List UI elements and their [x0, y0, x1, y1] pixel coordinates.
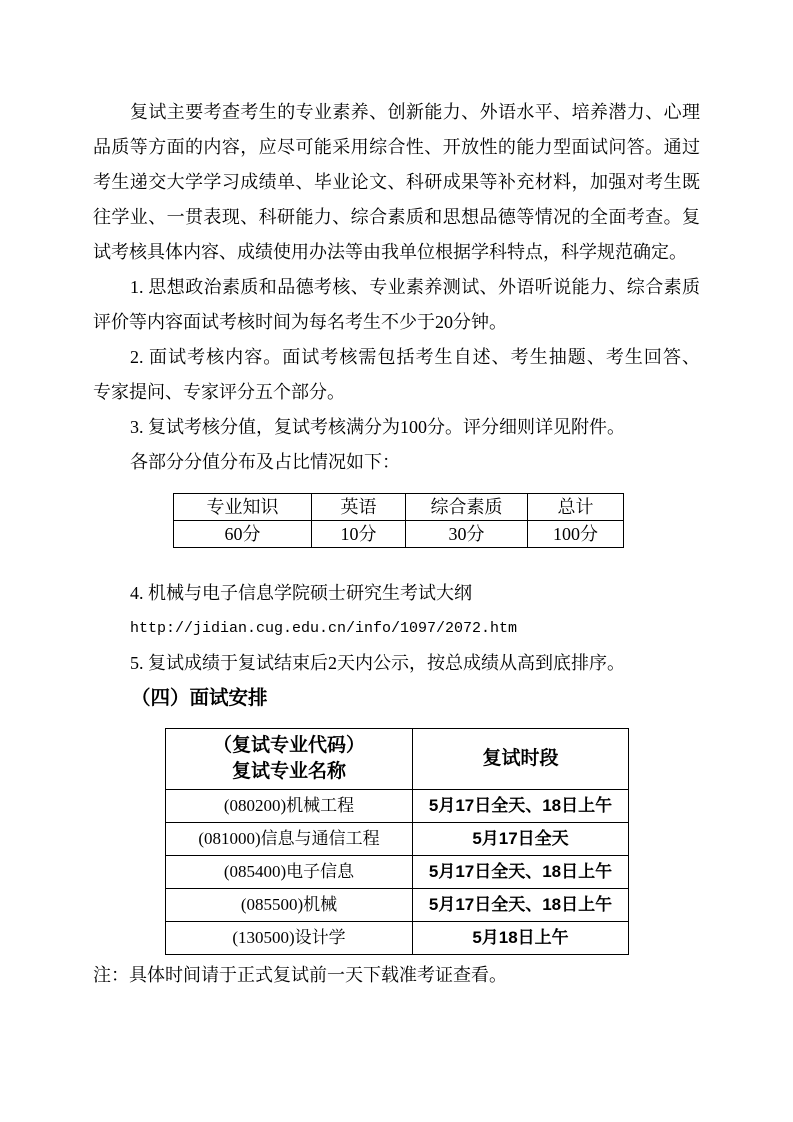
document-page: 复试主要考查考生的专业素养、创新能力、外语水平、培养潜力、心理 品质等方面的内容… — [0, 0, 793, 1122]
major-cell: (085400)电子信息 — [166, 856, 413, 889]
text-line: 专家提问、专家评分五个部分。 — [93, 375, 700, 410]
item-1: 1. 思想政治素质和品德考核、专业素养测试、外语听说能力、综合素质 评价等内容面… — [93, 270, 700, 340]
text-line: 2. 面试考核内容。面试考核需包括考生自述、考生抽题、考生回答、 — [93, 340, 700, 375]
time-header-cell: 复试时段 — [413, 729, 629, 790]
major-cell: (130500)设计学 — [166, 922, 413, 955]
text-line: 1. 思想政治素质和品德考核、专业素养测试、外语听说能力、综合素质 — [93, 270, 700, 305]
score-value-cell: 30分 — [406, 521, 528, 548]
score-distribution-table: 专业知识 英语 综合素质 总计 60分 10分 30分 100分 — [173, 493, 624, 548]
text-line: 考生递交大学学习成绩单、毕业论文、科研成果等补充材料，加强对考生既 — [93, 165, 700, 200]
interview-table-header-row: （复试专业代码） 复试专业名称 复试时段 — [166, 729, 629, 790]
table-row: (080200)机械工程 5月17日全天、18日上午 — [166, 790, 629, 823]
intro-paragraph: 复试主要考查考生的专业素养、创新能力、外语水平、培养潜力、心理 品质等方面的内容… — [93, 95, 700, 270]
item-5: 5. 复试成绩于复试结束后2天内公示，按总成绩从高到底排序。 — [93, 646, 700, 681]
table-row: (085400)电子信息 5月17日全天、18日上午 — [166, 856, 629, 889]
table-row: (081000)信息与通信工程 5月17日全天 — [166, 823, 629, 856]
syllabus-url[interactable]: http://jidian.cug.edu.cn/info/1097/2072.… — [93, 611, 737, 646]
text-line: 复试主要考查考生的专业素养、创新能力、外语水平、培养潜力、心理 — [93, 95, 700, 130]
text-line: 评价等内容面试考核时间为每名考生不少于20分钟。 — [93, 305, 700, 340]
table-row: (130500)设计学 5月18日上午 — [166, 922, 629, 955]
major-header-cell: （复试专业代码） 复试专业名称 — [166, 729, 413, 790]
score-header-cell: 英语 — [312, 494, 406, 521]
text-line: 往学业、一贯表现、科研能力、综合素质和思想品德等情况的全面考查。复 — [93, 200, 700, 235]
score-table-header-row: 专业知识 英语 综合素质 总计 — [174, 494, 624, 521]
interview-schedule-table: （复试专业代码） 复试专业名称 复试时段 (080200)机械工程 5月17日全… — [165, 728, 629, 955]
score-value-cell: 100分 — [528, 521, 624, 548]
item-3: 3. 复试考核分值，复试考核满分为100分。评分细则详见附件。 — [93, 410, 700, 445]
score-header-cell: 总计 — [528, 494, 624, 521]
item-4: 4. 机械与电子信息学院硕士研究生考试大纲 — [93, 576, 700, 611]
major-cell: (080200)机械工程 — [166, 790, 413, 823]
major-cell: (085500)机械 — [166, 889, 413, 922]
score-distribution-intro: 各部分分值分布及占比情况如下： — [93, 445, 700, 480]
table-row: (085500)机械 5月17日全天、18日上午 — [166, 889, 629, 922]
text-line: 品质等方面的内容，应尽可能采用综合性、开放性的能力型面试问答。通过 — [93, 130, 700, 165]
score-header-cell: 综合素质 — [406, 494, 528, 521]
schedule-note: 注：具体时间请于正式复试前一天下载准考证查看。 — [93, 958, 700, 993]
time-cell: 5月18日上午 — [413, 922, 629, 955]
major-header-line1: （复试专业代码） — [166, 733, 412, 759]
section-heading-interview-arrangement: （四）面试安排 — [93, 681, 700, 716]
score-value-cell: 60分 — [174, 521, 312, 548]
document-content: 复试主要考查考生的专业素养、创新能力、外语水平、培养潜力、心理 品质等方面的内容… — [93, 95, 700, 993]
time-cell: 5月17日全天 — [413, 823, 629, 856]
text-line: 试考核具体内容、成绩使用办法等由我单位根据学科特点，科学规范确定。 — [93, 235, 700, 270]
major-cell: (081000)信息与通信工程 — [166, 823, 413, 856]
time-cell: 5月17日全天、18日上午 — [413, 889, 629, 922]
score-table-value-row: 60分 10分 30分 100分 — [174, 521, 624, 548]
time-cell: 5月17日全天、18日上午 — [413, 856, 629, 889]
score-value-cell: 10分 — [312, 521, 406, 548]
item-2: 2. 面试考核内容。面试考核需包括考生自述、考生抽题、考生回答、 专家提问、专家… — [93, 340, 700, 410]
time-cell: 5月17日全天、18日上午 — [413, 790, 629, 823]
major-header-line2: 复试专业名称 — [166, 759, 412, 785]
score-header-cell: 专业知识 — [174, 494, 312, 521]
